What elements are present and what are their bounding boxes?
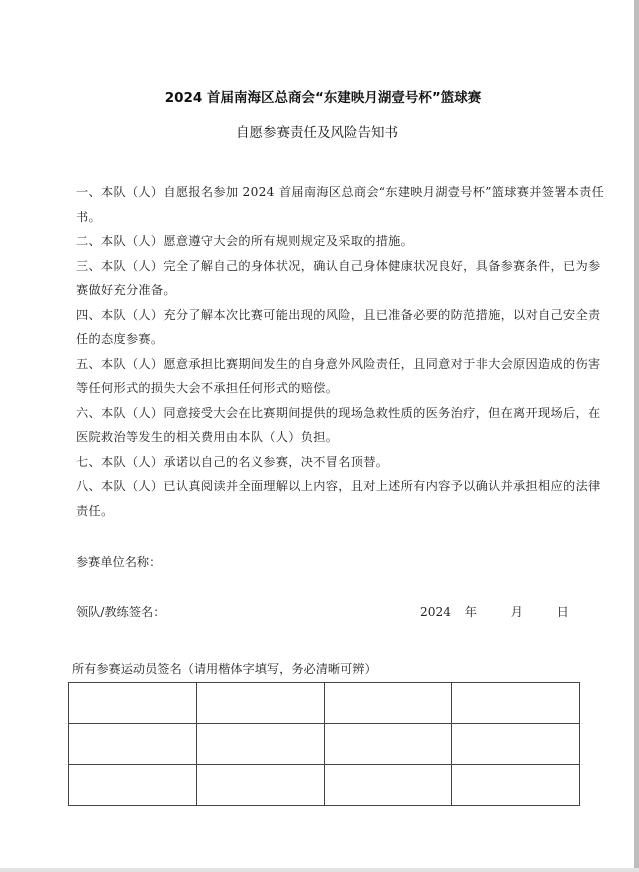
signature-cell[interactable]	[69, 724, 197, 765]
unit-name-label: 参赛单位名称：	[76, 553, 161, 570]
signature-cell[interactable]	[196, 683, 324, 724]
signature-cell[interactable]	[69, 683, 197, 724]
term-6: 六、本队（人）同意接受大会在比赛期间提供的现场急救性质的医务治疗，但在离开现场后…	[76, 401, 610, 450]
signature-cell[interactable]	[69, 765, 197, 806]
date-year-unit: 年	[465, 603, 477, 620]
signature-cell[interactable]	[324, 724, 452, 765]
table-row	[69, 683, 580, 724]
term-3: 三、本队（人）完全了解自己的身体状况，确认自己身体健康状况良好，具备参赛条件，已…	[76, 254, 610, 303]
coach-signature-label: 领队/教练签名：	[76, 603, 165, 620]
signature-cell[interactable]	[196, 765, 324, 806]
page-edge-right	[634, 0, 639, 868]
signature-date: 2024 年 月 日	[420, 603, 569, 620]
signature-cell[interactable]	[324, 765, 452, 806]
signature-cell[interactable]	[196, 724, 324, 765]
term-8: 八、本队（人）已认真阅读并全面理解以上内容，且对上述所有内容予以确认并承担相应的…	[76, 474, 610, 523]
term-5: 五、本队（人）愿意承担比赛期间发生的自身意外风险责任，且同意对于非大会原因造成的…	[76, 352, 610, 401]
page-edge-bottom	[0, 868, 639, 872]
date-day-unit: 日	[557, 603, 569, 620]
term-1: 一、本队（人）自愿报名参加 2024 首届南海区总商会“东建映月湖壹号杯”篮球赛…	[76, 180, 610, 229]
signature-cell[interactable]	[324, 683, 452, 724]
table-row	[69, 765, 580, 806]
term-7: 七、本队（人）承诺以自己的名义参赛，决不冒名顶替。	[76, 450, 610, 475]
term-2: 二、本队（人）愿意遵守大会的所有规则规定及采取的措施。	[76, 229, 610, 254]
date-year: 2024	[420, 605, 451, 619]
term-4: 四、本队（人）充分了解本次比赛可能出现的风险，且已准备必要的防范措施，以对自己安…	[76, 303, 610, 352]
athlete-signature-table	[68, 682, 580, 806]
document-subtitle: 自愿参赛责任及风险告知书	[0, 121, 634, 141]
table-row	[69, 724, 580, 765]
document-title: 2024 首届南海区总商会“东建映月湖壹号杯”篮球赛	[6, 86, 639, 106]
terms-body: 一、本队（人）自愿报名参加 2024 首届南海区总商会“东建映月湖壹号杯”篮球赛…	[76, 180, 610, 523]
document-page: 2024 首届南海区总商会“东建映月湖壹号杯”篮球赛 自愿参赛责任及风险告知书 …	[0, 0, 634, 868]
signature-cell[interactable]	[452, 683, 580, 724]
signature-cell[interactable]	[452, 765, 580, 806]
athletes-signature-label: 所有参赛运动员签名（请用楷体字填写，务必清晰可辨）	[72, 660, 377, 677]
signature-cell[interactable]	[452, 724, 580, 765]
date-month-unit: 月	[511, 603, 523, 620]
